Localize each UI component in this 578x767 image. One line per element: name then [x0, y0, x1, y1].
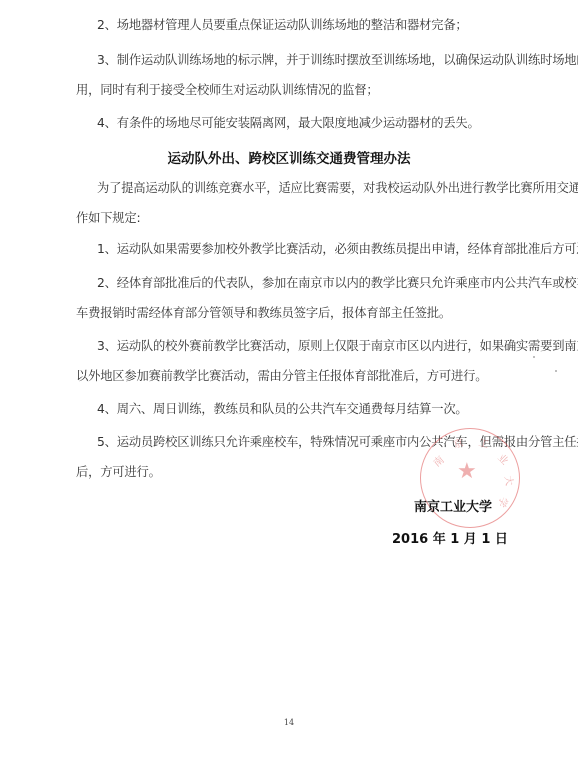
transport-item-3-line-1: 3、运动队的校外赛前教学比赛活动，原则上仅限于南京市区以内进行，如果确实需要到南…: [97, 338, 578, 354]
signature-date: 2016 年 1 月 1 日: [392, 528, 508, 547]
transport-item-3-line-2: 以外地区参加赛前教学比赛活动，需由分管主任报体育部批准后，方可进行。: [76, 368, 487, 384]
transport-item-2-line-2: 车费报销时需经体育部分管领导和教练员签字后，报体育部主任签批。: [76, 305, 451, 321]
rule-item-3-line-2: 用，同时有利于接受全校师生对运动队训练情况的监督；: [76, 82, 378, 98]
transport-item-2-line-1: 2、经体育部批准后的代表队，参加在南京市以内的教学比赛只允许乘座市内公共汽车或校…: [97, 275, 578, 291]
seal-char: 业: [495, 450, 513, 468]
intro-line-2: 作如下规定:: [76, 210, 140, 226]
signature-organization: 南京工业大学: [414, 496, 492, 515]
seal-char: 京: [451, 434, 465, 451]
document-page: 2、场地器材管理人员要重点保证运动队训练场地的整洁和器材完备； 3、制作运动队训…: [0, 0, 578, 767]
transport-item-4-line-1: 4、周六、周日训练，教练员和队员的公共汽车交通费每月结算一次。: [97, 401, 468, 417]
rule-item-2-line-1: 2、场地器材管理人员要重点保证运动队训练场地的整洁和器材完备；: [97, 17, 468, 33]
page-number: 14: [0, 718, 578, 727]
seal-star-icon: ★: [457, 459, 477, 484]
rule-item-3-line-1: 3、制作运动队训练场地的标示牌，并于训练时摆放至训练场地，以确保运动队训练时场地…: [97, 52, 578, 68]
scan-speck: [555, 370, 557, 372]
seal-char: 大: [502, 474, 519, 486]
rule-item-4-line-1: 4、有条件的场地尽可能安装隔离网，最大限度地减少运动器材的丢失。: [97, 115, 480, 131]
seal-char: 工: [477, 434, 491, 451]
seal-char: 学: [495, 495, 513, 510]
scan-speck: [533, 356, 535, 358]
transport-item-1-line-1: 1、运动队如果需要参加校外教学比赛活动，必须由教练员提出申请，经体育部批准后方可…: [97, 241, 578, 257]
intro-line-1: 为了提高运动队的训练竞赛水平，适应比赛需要，对我校运动队外出进行教学比赛所用交通…: [97, 180, 578, 196]
transport-item-5-line-2: 后，方可进行。: [76, 464, 161, 480]
seal-char: 南: [429, 452, 446, 470]
section-title: 运动队外出、跨校区训练交通费管理办法: [0, 147, 578, 167]
